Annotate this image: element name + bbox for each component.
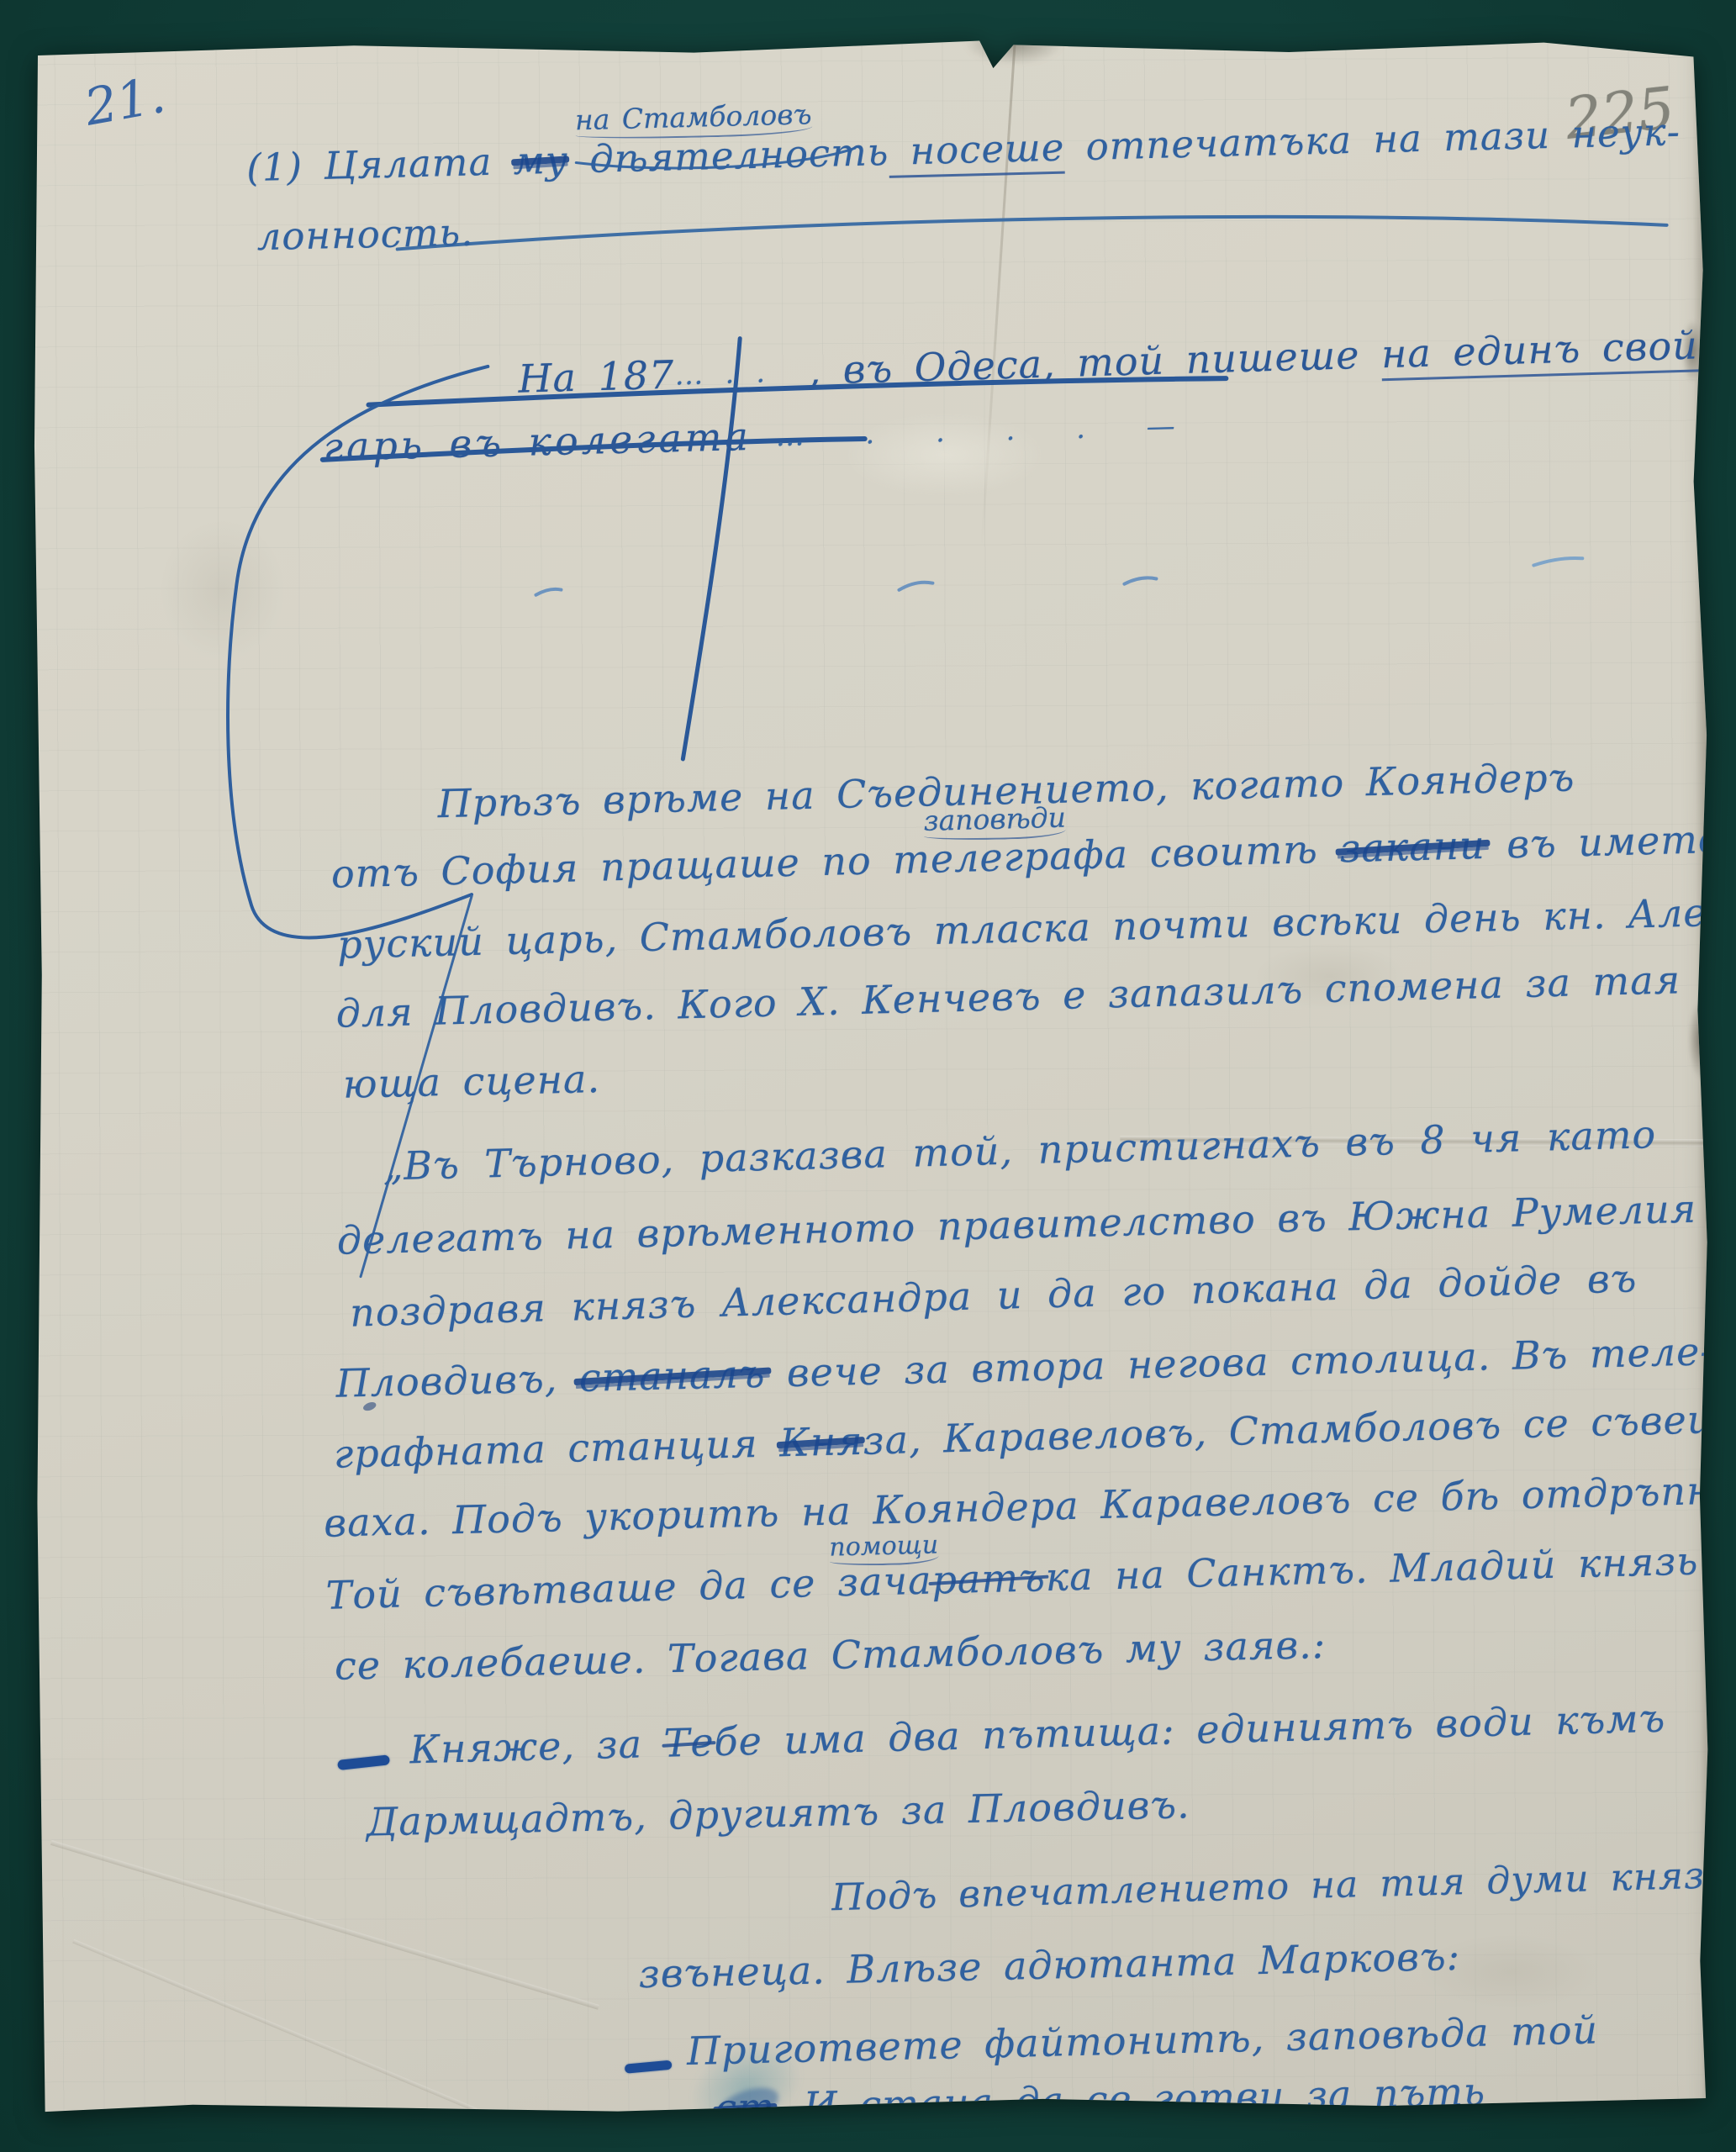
body-line-2-insertion: заповѣди <box>923 801 1066 841</box>
scanner-background: 21. 225 (1) Цялата му дѣятелность носеше… <box>0 0 1736 2152</box>
deleted-line-2: гарь въ колегата … . . . . — <box>323 403 1197 470</box>
deleted-line1-mid: , въ Одеса, той пишеше <box>786 331 1382 393</box>
deleted-line1-tail: дру- <box>1697 319 1736 368</box>
deleted-line-1: На 187….. , въ Одеса, той пишеше на един… <box>518 319 1736 402</box>
body-line-5: юща сцена. <box>342 1056 600 1107</box>
deleted-line1-pre: На 187 <box>518 351 675 401</box>
body-line-7: делегатъ на врѣменното правителство въ Ю… <box>336 1184 1736 1263</box>
body-line-10-pre: графната станция <box>333 1420 780 1476</box>
handwriting-layer: (1) Цялата му дѣятелность носеше отпечат… <box>14 17 1723 2138</box>
body-line-19-text: И стана да се готви за пъть <box>803 2069 1485 2129</box>
body-line-2: отъ София пращаше по телеграфа своитѣ за… <box>330 815 1736 897</box>
body-line-8: поздравя князъ Александра и да го покана… <box>349 1255 1637 1335</box>
deleted-line2-text: гарь въ колегата <box>323 414 752 470</box>
footnote-marker: (1) <box>246 145 303 191</box>
footnote-struck-word: му <box>513 138 569 184</box>
manuscript-sheet: 21. 225 (1) Цялата му дѣятелность носеше… <box>18 20 1718 2134</box>
body-line-16: Подъ впечатлението на тия думи князьтъ у… <box>831 1849 1736 1919</box>
body-line-12: Той съвѣтваше да се зачаратъка на Санктъ… <box>325 1538 1699 1618</box>
body-line-2-rest: въ името на <box>1485 815 1736 868</box>
deleted-line1-underlined: на единъ свой <box>1380 322 1698 381</box>
body-line-15: Дармщадтъ, другиятъ за Пловдивъ. <box>366 1781 1190 1844</box>
body-line-14-pre: Княже, за <box>409 1721 665 1773</box>
body-line-12-insertion: помощи <box>829 1530 939 1566</box>
body-line-6: „Въ Търново, разказва той, пристигнахъ в… <box>383 1111 1657 1189</box>
body-line-9-struck: станалъ <box>578 1351 766 1400</box>
deleted-line2-dots: … . . . . — <box>775 409 1197 454</box>
body-line-9-rest: вече за втора негова столица. Въ теле- <box>765 1328 1715 1396</box>
body-line-17: звънеца. Влѣзе адютанта Марковъ: <box>638 1933 1461 1996</box>
footnote-line-1: (1) Цялата му дѣятелность носеше отпечат… <box>246 109 1681 190</box>
body-line-10-rest: за, Каравеловъ, Стамболовъ се съвеща- <box>863 1395 1736 1464</box>
body-line-12-rest: ка на Санктъ. Младий князь <box>1045 1538 1699 1601</box>
footnote-rest: отпечатъка на тази неук- <box>1064 109 1681 170</box>
footnote-underlined-word: носеше <box>889 125 1066 178</box>
body-line-14-struck: Те <box>663 1719 715 1765</box>
body-line-12-struck: ратъ <box>931 1554 1046 1602</box>
body-line-9: Пловдивъ, станалъ вече за втора негова с… <box>335 1328 1714 1406</box>
body-line-9-pre: Пловдивъ, <box>335 1355 580 1406</box>
body-line-2-pre: отъ София пращаше по телеграфа своитѣ <box>330 825 1340 896</box>
paper-surface: 21. 225 (1) Цялата му дѣятелность носеше… <box>14 17 1723 2138</box>
footnote-line-2: лонность. <box>256 210 474 260</box>
body-line-19: стИ стана да се готви за пъть <box>715 2069 1486 2131</box>
body-line-10-struck: Кня <box>779 1418 864 1465</box>
body-line-14: Княже, за Тебе има два пътища: единиятъ … <box>409 1696 1666 1773</box>
body-line-18: Пригответе файтонитѣ, заповѣда той <box>686 2007 1598 2074</box>
dialogue-dash-2 <box>625 2060 673 2074</box>
body-line-3: руский царь, Стамболовъ тласка почти всѣ… <box>337 886 1736 968</box>
body-line-12-pre: Той съвѣтваше да се зача <box>325 1558 932 1618</box>
body-line-19-struck-prefix: ст <box>715 2084 776 2131</box>
footnote-pre: Цялата <box>302 139 514 188</box>
dialogue-dash-1 <box>337 1754 390 1770</box>
body-line-14-rest: бе има два пътища: единиятъ води къмъ <box>714 1696 1666 1765</box>
body-line-2-struck: закани <box>1339 822 1486 871</box>
body-line-11: ваха. Подъ укоритѣ на Кояндера Каравелов… <box>324 1465 1736 1545</box>
body-line-13: се колебаеше. Тогава Стамболовъ му заяв.… <box>334 1622 1326 1689</box>
deleted-line1-dots: ….. <box>674 356 788 393</box>
body-line-10: графната станция Княза, Каравеловъ, Стам… <box>333 1395 1736 1477</box>
body-line-4: для Пловдивъ. Кого Х. Кенчевъ е запазилъ… <box>335 952 1736 1036</box>
